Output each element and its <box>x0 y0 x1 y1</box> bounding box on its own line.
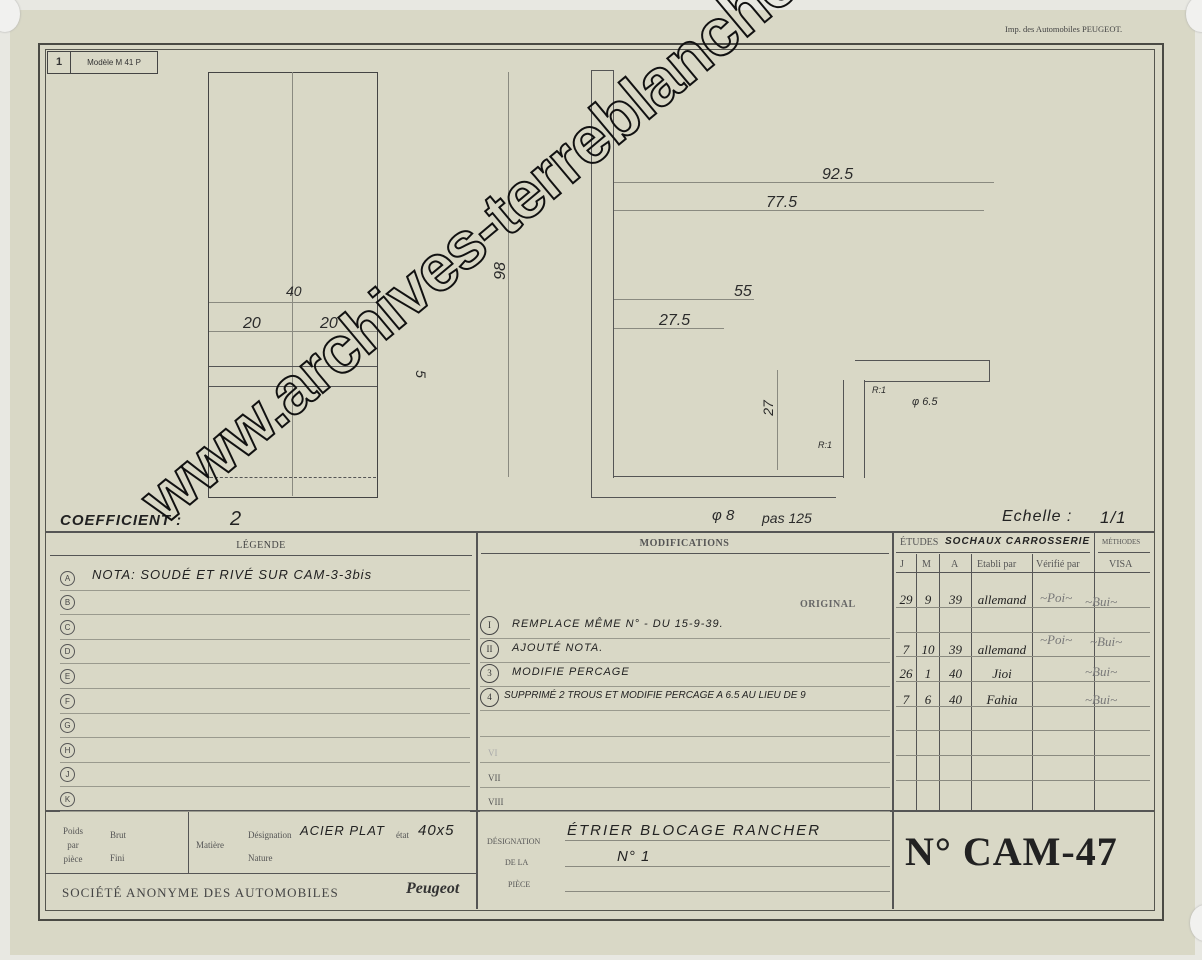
modification-row: 4SUPPRIMÉ 2 TROUS ET MODIFIE PERCAGE A 6… <box>480 686 890 711</box>
material-designation: ACIER PLAT <box>300 823 385 838</box>
original-label: ORIGINAL <box>800 599 856 610</box>
dim-pitch: pas 125 <box>762 510 812 526</box>
legend-row: ANOTA: SOUDÉ ET RIVÉ SUR CAM-3-3bis <box>60 566 470 591</box>
dim-hole-8: φ 8 <box>712 507 734 524</box>
model-label: Modèle M 41 P <box>70 51 158 74</box>
brut-label: Brut <box>110 830 126 840</box>
legend-row: G <box>60 713 470 738</box>
legend-row: E <box>60 664 470 689</box>
legend-title: LÉGENDE <box>46 540 476 551</box>
col-m: M <box>922 559 931 570</box>
modification-row: IREMPLACE MÊME N° - DU 15-9-39. <box>480 614 890 639</box>
piece-name: ÉTRIER BLOCAGE RANCHER <box>567 822 821 839</box>
dim-hole-6-5: φ 6.5 <box>912 396 938 408</box>
col-a: A <box>951 559 958 570</box>
designation-label: Désignation <box>248 830 292 840</box>
modifications-title: MODIFICATIONS <box>477 538 892 549</box>
dim-27: 27 <box>760 400 776 416</box>
piece-label-3: PIÈCE <box>508 880 530 889</box>
signature-visa: ~Bui~ <box>1085 664 1117 680</box>
modification-row: 3MODIFIE PERCAGE <box>480 662 890 687</box>
material-etat: 40x5 <box>418 822 455 839</box>
piece-label-1: DÉSIGNATION <box>487 837 540 846</box>
dim-27-5: 27.5 <box>659 312 690 330</box>
dim-radius-outer: R:1 <box>872 385 886 395</box>
part-number: N° CAM-47 <box>905 828 1118 875</box>
coefficient-value: 2 <box>230 508 242 531</box>
etudes-title: ÉTUDES <box>900 537 938 548</box>
company-name: SOCIÉTÉ ANONYME DES AUTOMOBILES <box>62 885 339 901</box>
legend-row: J <box>60 762 470 787</box>
legend-row: H <box>60 738 470 763</box>
peugeot-logo: Peugeot <box>406 880 459 898</box>
col-visa: VISA <box>1109 559 1132 570</box>
sheet-number: 1 <box>47 51 71 74</box>
modification-row <box>480 712 890 737</box>
col-j: J <box>900 559 904 570</box>
dim-half-left: 20 <box>243 315 261 333</box>
dim-radius-inner: R:1 <box>818 440 832 450</box>
dim-thickness: 5 <box>413 370 429 378</box>
legend-row: K <box>60 787 470 812</box>
modification-row: VIII <box>480 787 890 812</box>
modification-row: VI <box>480 738 890 763</box>
matiere-label: Matière <box>196 840 224 850</box>
scale-label: Echelle : <box>1002 508 1072 526</box>
piece-subname: N° 1 <box>617 848 650 865</box>
signature-visa: ~Bui~ <box>1090 634 1122 650</box>
nature-label: Nature <box>248 853 273 863</box>
dim-92-5: 92.5 <box>822 166 853 184</box>
signature-verifie: ~Poi~ <box>1040 632 1072 648</box>
etudes-dept: SOCHAUX CARROSSERIE <box>945 536 1090 547</box>
col-verifie: Vérifié par <box>1036 559 1080 570</box>
dim-55: 55 <box>734 283 752 301</box>
etat-label: état <box>396 830 409 840</box>
piece-label-2: DE LA <box>505 858 528 867</box>
legend-row: D <box>60 639 470 664</box>
dim-77-5: 77.5 <box>766 194 797 212</box>
legend-row: F <box>60 689 470 714</box>
poids-label: Poids par pièce <box>58 824 88 866</box>
methodes-title: MÉTHODES <box>1102 538 1140 546</box>
legend-row: B <box>60 590 470 615</box>
scale-value: 1/1 <box>1100 508 1127 528</box>
col-etabli: Etabli par <box>977 559 1016 570</box>
modification-row: IIAJOUTÉ NOTA. <box>480 638 890 663</box>
modification-row: VII <box>480 763 890 788</box>
signature-verifie: ~Poi~ <box>1040 590 1072 606</box>
dim-width-40: 40 <box>286 283 302 299</box>
fini-label: Fini <box>110 853 125 863</box>
printer-credit: Imp. des Automobiles PEUGEOT. <box>1005 24 1122 34</box>
legend-row: C <box>60 615 470 640</box>
